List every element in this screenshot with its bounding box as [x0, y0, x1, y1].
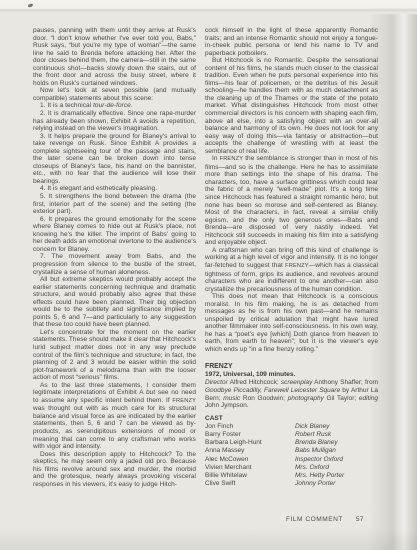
paragraph: In FRENZY the semblance is stronger than…: [205, 155, 378, 247]
cast-actor-name: Jon Finch: [205, 423, 295, 431]
text: pauses, panning with them until they arr…: [33, 27, 196, 87]
text: cock himself in the light of these appar…: [205, 27, 378, 57]
italic-text: Director: [205, 379, 228, 386]
paragraph: All but extreme skeptics would probably …: [33, 276, 196, 329]
cast-actor-name: Anna Massey: [205, 447, 295, 455]
text: John Jympson.: [205, 402, 249, 409]
text: 3. It helps prepare the ground for Blane…: [33, 133, 196, 185]
text: 2. It is dramatically effective. Since o…: [33, 110, 196, 132]
smallcaps-text: FRENZY: [172, 398, 196, 404]
text: .: [131, 102, 133, 109]
text: Does this description apply to Hitchcock…: [33, 451, 196, 488]
cast-row: Barbara Leigh-HuntBrenda Blaney: [205, 439, 378, 447]
paragraph: Let's concentrate for the moment on the …: [33, 329, 196, 382]
paragraph: 2. It is dramatically effective. Since o…: [33, 110, 196, 133]
cast-row: Jon FinchDick Blaney: [205, 423, 378, 431]
paragraph: Does this description apply to Hitchcock…: [33, 451, 196, 489]
text: 7. The movement away from Babs, and the …: [33, 253, 196, 275]
magazine-page: pauses, panning with them until they arr…: [0, 0, 417, 550]
paragraph: A craftsman who can bring off this kind …: [205, 247, 378, 293]
text: 6. It prepares the ground emotionally fo…: [33, 216, 196, 253]
paragraph: cock himself in the light of these appar…: [205, 27, 378, 57]
cast-actor-name: Billie Whitelaw: [205, 472, 295, 480]
text: This does not mean that Hitchcock is a c…: [205, 293, 378, 353]
text: Alfred Hitchcock;: [228, 379, 281, 386]
text: was thought out with as much care for it…: [33, 405, 196, 450]
text: Ron Goodwin;: [240, 395, 287, 402]
text: In: [212, 155, 220, 162]
smallcaps-text: FRENZY: [220, 156, 244, 162]
cast-actor-name: Alec McCowen: [205, 456, 295, 464]
text: 1. It is a technical: [40, 102, 93, 109]
left-column: pauses, panning with them until they arr…: [33, 27, 196, 488]
text: 5. It strengthens the bond between the d…: [33, 193, 196, 215]
italic-text: Goodbye Piccadilly, Farewell Leicester S…: [205, 387, 340, 394]
italic-text: screenplay: [281, 379, 312, 386]
cast-row: Anna MasseyBabs Mulligan: [205, 447, 378, 455]
text: the semblance is stronger than in most o…: [205, 155, 378, 246]
italic-text: but: [146, 389, 155, 396]
cast-row: Clive SwiftJohnny Porter: [205, 480, 378, 488]
cast-character-name: Mrs. Oxford: [295, 464, 329, 471]
text: All but extreme skeptics would probably …: [33, 276, 196, 328]
text: But Hitchcock is no Romantic. Despite th…: [205, 57, 378, 155]
paragraph: 3. It helps prepare the ground for Blane…: [33, 133, 196, 186]
article-body: pauses, panning with them until they arr…: [33, 27, 378, 488]
right-column-paragraphs: cock himself in the light of these appar…: [205, 27, 378, 354]
cast-character-name: Babs Mulligan: [295, 447, 336, 454]
italic-text: music: [223, 395, 240, 402]
cast-list: Jon FinchDick BlaneyBarry FosterRobert R…: [205, 423, 378, 488]
credit-line: Director Alfred Hitchcock; screenplay An…: [205, 379, 378, 410]
credits-block: FRENZY 1972, Universal, 109 minutes. Dir…: [205, 363, 378, 488]
cast-character-name: Inspector Oxford: [295, 456, 343, 463]
page-footer: FILM COMMENT57: [286, 516, 364, 523]
paragraph: As to the last three statements, I consi…: [33, 382, 196, 451]
cast-row: Barry FosterRobert Rusk: [205, 431, 378, 439]
paragraph: 7. The movement away from Babs, and the …: [33, 253, 196, 276]
italic-text: tour-de-force: [93, 102, 131, 109]
film-title: FRENZY: [205, 363, 378, 372]
pen-mark: [28, 3, 34, 7]
text: Gil Taylor;: [324, 395, 359, 402]
cast-character-name: Dick Blaney: [295, 423, 329, 430]
smallcaps-text: FRENZY: [285, 263, 309, 269]
paragraph: This does not mean that Hitchcock is a c…: [205, 293, 378, 353]
paragraph: Now let's look at seven possible (and mu…: [33, 87, 196, 102]
cast-actor-name: Barbara Leigh-Hunt: [205, 439, 295, 447]
film-release-info: 1972, Universal, 109 minutes.: [205, 371, 378, 379]
cast-character-name: Mrs. Hetty Porter: [295, 472, 344, 479]
cast-character-name: Johnny Porter: [295, 480, 335, 487]
left-column-paragraphs: pauses, panning with them until they arr…: [33, 27, 196, 488]
cast-character-name: Brenda Blaney: [295, 439, 338, 446]
paragraph: But Hitchcock is no Romantic. Despite th…: [205, 57, 378, 155]
text: Now let's look at seven possible (and mu…: [33, 87, 196, 102]
cast-row: Billie WhitelawMrs. Hetty Porter: [205, 472, 378, 480]
italic-text: photography: [288, 395, 324, 402]
right-column: cock himself in the light of these appar…: [205, 27, 378, 488]
cast-row: Alec McCowenInspector Oxford: [205, 456, 378, 464]
paragraph: 6. It prepares the ground emotionally fo…: [33, 216, 196, 254]
cast-actor-name: Clive Swift: [205, 480, 295, 488]
text: Anthony Shaffer; from: [312, 379, 378, 386]
paragraph: 4. It is elegant and esthetically pleasi…: [33, 185, 196, 193]
magazine-name: FILM COMMENT: [286, 516, 343, 523]
paragraph: 1. It is a technical tour-de-force.: [33, 102, 196, 110]
italic-text: editing: [359, 395, 378, 402]
text: 4. It is elegant and esthetically pleasi…: [40, 185, 157, 192]
paragraph: pauses, panning with them until they arr…: [33, 27, 196, 87]
page-number: 57: [356, 516, 364, 523]
cast-character-name: Robert Rusk: [295, 431, 331, 438]
cast-row: Vivien MerchantMrs. Oxford: [205, 464, 378, 472]
text: Let's concentrate for the moment on the …: [33, 329, 196, 381]
paragraph: 5. It strengthens the bond between the d…: [33, 193, 196, 216]
cast-actor-name: Barry Foster: [205, 431, 295, 439]
cast-header: CAST: [205, 415, 378, 423]
cast-actor-name: Vivien Merchant: [205, 464, 295, 472]
